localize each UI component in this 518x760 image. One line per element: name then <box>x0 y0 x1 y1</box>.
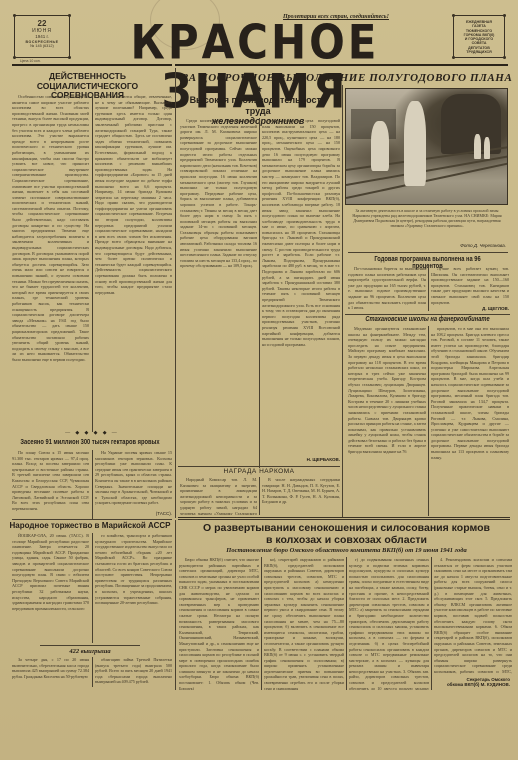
winnings-col-2: облигацию займа Третьей Пятилетки (выпус… <box>95 657 172 687</box>
railway-col-2: электросварочного цеха полугодовой план … <box>262 118 340 458</box>
sowing-headline: Засеяно 91 миллион 300 тысяч гектаров яр… <box>20 439 159 446</box>
mari-headline: Народное торжество в Марийской АССР <box>5 521 175 530</box>
section-divider <box>342 85 343 518</box>
column-divider <box>431 557 432 690</box>
annual-program-col-2: Лучше всех работает кузнец тов. Шипилин.… <box>431 266 509 306</box>
paragraph: По-стахановски борется за выполнение год… <box>348 266 426 311</box>
annual-program-col-1: По-стахановски борется за выполнение год… <box>348 266 426 311</box>
banner-headline: ЗА ДОСРОЧНОЕ ВЫПОЛНЕНИЕ ПОЛУГОДОВОГО ПЛА… <box>180 72 515 84</box>
editorial-col-2: ры составляются общие, отвлеченные, не к… <box>95 94 172 429</box>
signature-line2: обкома ВКП(б) М. КУДИНОВ. <box>434 682 510 687</box>
column-divider <box>346 557 347 690</box>
newspaper-page: 22 ИЮНЯ 1941 г. ВОСКРЕСЕНЬЕ № 145 (6312)… <box>0 0 518 760</box>
resolution-col-1: Бюро обкома ВКП(б) считает, что многие р… <box>179 557 259 690</box>
corner-dot-icon <box>13 14 16 17</box>
price: Цена 10 коп. <box>20 59 41 63</box>
railway-headline-line1: Высокая производительность труда <box>178 95 338 116</box>
masthead-rule <box>12 64 172 66</box>
sowing-source: (ТАСС). <box>95 511 172 516</box>
resolution-col-4: 4. Рекомендовать колхозам и совхозам отк… <box>434 557 512 675</box>
resolution-subheadline: Постановление бюро Омского областного ко… <box>175 547 518 554</box>
resolution-col-2: ко), секретарей окружкомов и райкомов ВК… <box>264 557 344 690</box>
mari-col-1: ЙОШКАР-ОЛА, 20 июня. (ТАСС). В столице М… <box>12 533 89 643</box>
editorial-col-1: Особенностью советского производства явл… <box>12 94 89 429</box>
corner-dot-icon <box>68 56 71 59</box>
paragraph: Медленно организуются стахановские школы… <box>348 326 426 455</box>
stakhanov-schools-col-2: процентов, то в мае она его выполнила на… <box>431 326 509 511</box>
resolution-headline-line1: О развертывании сенокошения и силосовани… <box>175 522 518 534</box>
paragraph: На Украине посевы яровых свыше 15 миллио… <box>95 450 172 506</box>
column-divider <box>92 94 93 432</box>
paragraph: ЙОШКАР-ОЛА, 20 июня. (ТАСС). В столице М… <box>12 533 89 611</box>
winnings-headline: 422 выигрыша <box>5 648 175 655</box>
stakhanov-schools-col-1: Медленно организуются стахановские школы… <box>348 326 426 514</box>
column-divider <box>259 477 260 515</box>
resolution-headline-line2: в колхозах и совхозах области <box>175 534 518 546</box>
rule <box>40 645 140 646</box>
paragraph: ры составляются общие, отвлеченные, не к… <box>95 94 172 295</box>
photo-credit: Фото Д. Черепанова. <box>348 243 506 248</box>
resolution-signature: Секретарь Омского обкома ВКП(б) М. КУДИН… <box>434 677 510 687</box>
column-divider <box>428 326 429 516</box>
publisher-info-box: ЕЖЕДНЕВНАЯ ГАЗЕТА ТЮМЕНСКОГО ГОРКОМА ВКП… <box>453 15 505 58</box>
worker-figure <box>404 101 426 186</box>
paragraph: Лучше всех работает кузнец тов. Шипилин.… <box>431 266 509 305</box>
date-day: 22 <box>15 19 69 28</box>
paragraph: го хозяйства, транспорта и работников ку… <box>95 533 172 606</box>
annual-program-byline: Д. ЩЕГЛОВ. <box>431 306 509 311</box>
sowing-col-1: По плану Союза к 15 июня засеяно 91.300 … <box>12 450 89 518</box>
section-divider <box>175 68 176 518</box>
paragraph: процентов, то в мае она его выполнила на… <box>431 326 509 460</box>
railway-col-1: Среди коллективов производственных участ… <box>180 118 257 466</box>
worker-figure <box>484 137 490 159</box>
paragraph: По плану Союза к 15 июня засеяно 91.300 … <box>12 450 89 512</box>
column-divider <box>92 657 93 687</box>
divider-ornament: — ◆ ◆ ◆ ◆ — <box>12 430 172 436</box>
date-box: 22 ИЮНЯ 1941 г. ВОСКРЕСЕНЬЕ № 145 (6312) <box>14 15 70 58</box>
corner-dot-icon <box>452 14 455 17</box>
resolution-headline: О развертывании сенокошения и силосовани… <box>175 522 518 546</box>
paragraph: электросварочного цеха полугодовой план … <box>262 118 340 347</box>
paragraph: ко), секретарей окружкомов и райкомов ВК… <box>264 557 344 690</box>
resolution-col-3: г) до подвязывания скошенных сеяных куль… <box>349 557 429 690</box>
narkom-award-col-1: Народный Комиссар тов. Л. М. Каганович з… <box>180 477 257 515</box>
paragraph: За четыре дня, с 17 по 20 июня включител… <box>12 657 89 679</box>
rule <box>178 517 510 518</box>
corner-dot-icon <box>68 14 71 17</box>
masthead-rule <box>175 64 508 66</box>
rule <box>348 252 508 253</box>
sowing-col-2: На Украине посевы яровых свыше 15 миллио… <box>95 450 172 510</box>
rule <box>12 519 172 520</box>
worker-figure <box>474 134 481 159</box>
stakhanov-schools-headline: Стахановские школы на фанеркомбинате <box>360 316 495 323</box>
banner-text: ЗА ДОСРОЧНОЕ ВЫПОЛНЕНИЕ ПОЛУГОДОВОГО ПЛА… <box>180 72 515 84</box>
locomotive-shape <box>441 94 501 154</box>
corner-dot-icon <box>452 56 455 59</box>
narkom-award-headline: НАГРАДА НАРКОМА <box>178 468 340 475</box>
news-photo <box>345 88 508 205</box>
rule <box>345 314 510 315</box>
info-line: ТРУДЯЩИХСЯ <box>454 50 504 54</box>
column-divider <box>92 533 93 643</box>
corner-dot-icon <box>503 14 506 17</box>
issue-number: № 145 (6312) <box>15 44 69 49</box>
mari-col-2: го хозяйства, транспорта и работников ку… <box>95 533 172 643</box>
column-divider <box>261 557 262 690</box>
narkom-award-col-2: В числе награжденных сотрудники товарищи… <box>262 477 340 515</box>
photo-caption: За активную деятельность в школе и за от… <box>348 208 506 243</box>
paragraph: 4. Рекомендовать колхозам и совхозам отк… <box>434 557 512 675</box>
column-divider <box>428 266 429 311</box>
column-divider <box>92 450 93 520</box>
worker-figure <box>371 121 389 171</box>
paragraph: г) до подвязывания скошенных сеяных куль… <box>349 557 429 690</box>
corner-dot-icon <box>13 56 16 59</box>
rule <box>178 519 510 520</box>
column-divider <box>259 118 260 468</box>
paragraph: Бюро обкома ВКП(б) считает, что многие р… <box>179 557 259 690</box>
paragraph: В числе награжденных сотрудники товарищи… <box>262 477 340 505</box>
winnings-col-1: За четыре дня, с 17 по 20 июня включител… <box>12 657 89 687</box>
rule <box>178 466 340 467</box>
railway-byline: Н. ЩЕРБАКОВ. <box>262 457 340 462</box>
paragraph: Особенностью советского производства явл… <box>12 94 89 363</box>
paragraph: Среди коллективов производственных участ… <box>180 118 257 269</box>
paragraph: Народный Комиссар тов. Л. М. Каганович з… <box>180 477 257 515</box>
paragraph: облигацию займа Третьей Пятилетки (выпус… <box>95 657 172 685</box>
star-icon: ★ <box>255 84 263 95</box>
corner-dot-icon <box>503 56 506 59</box>
